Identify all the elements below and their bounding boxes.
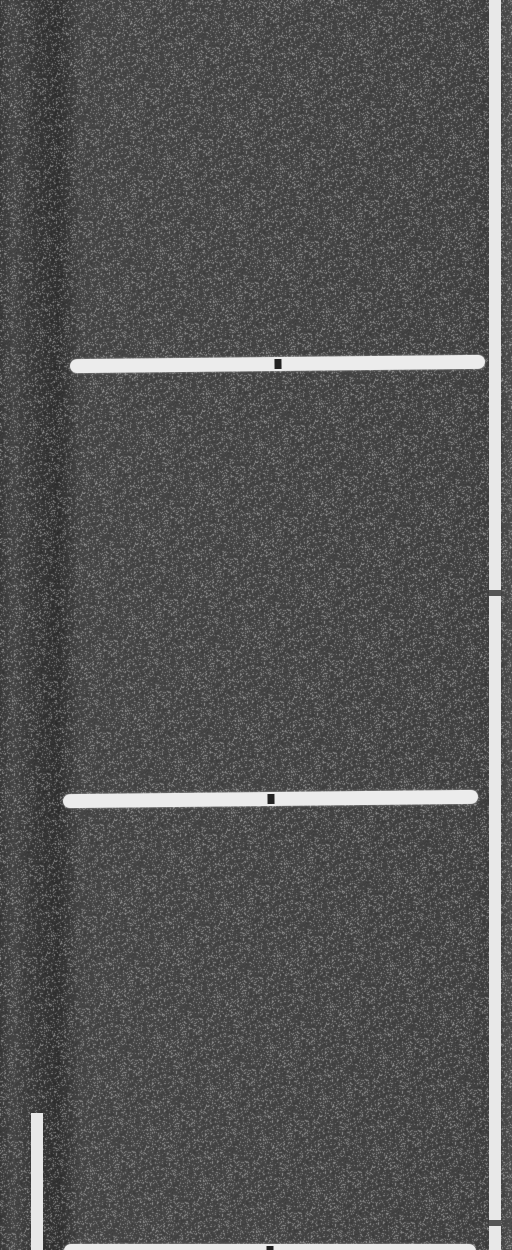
road-scene (0, 0, 512, 1250)
transverse-line-3 (64, 1244, 476, 1250)
edge-line-joint (489, 1220, 501, 1226)
line-joint-mark (267, 1246, 274, 1250)
line-joint-mark (267, 794, 274, 804)
left-edge-line (31, 1113, 43, 1250)
right-edge-line (489, 0, 501, 1250)
edge-line-joint (489, 590, 501, 596)
asphalt-texture (0, 0, 512, 1250)
line-joint-mark (274, 359, 281, 369)
